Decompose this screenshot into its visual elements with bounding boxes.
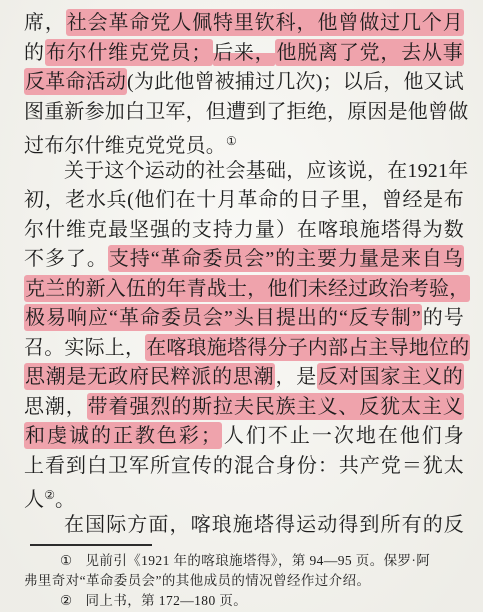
text-line: 和虔诚的正教色彩；人们不止一次地在他们身 <box>24 422 464 452</box>
highlighted-text: 支持“革命委员会”的主要力量是来自乌 <box>108 245 464 272</box>
text-segment: 上看到白卫军所宣传的混合身份：共产党＝犹太 <box>24 455 464 477</box>
text-line: 上看到白卫军所宣传的混合身份：共产党＝犹太 <box>24 452 464 482</box>
body-text: 席，社会革命党人佩特里钦科，他曾做过几个月的布尔什维克党员；后来，他脱离了党，去… <box>24 9 464 540</box>
text-line: 人②。 <box>24 481 464 511</box>
text-line: 图重新参加白卫军，但遭到了拒绝，原因是他曾做 <box>24 98 464 128</box>
text-line: 在国际方面，喀琅施塔得运动得到所有的反 <box>24 511 464 541</box>
text-line: 不多了。支持“革命委员会”的主要力量是来自乌 <box>24 245 464 275</box>
footnote-text: 同上书，第 172—180 页。 <box>86 593 248 608</box>
text-segment: 召。实际上， <box>24 337 145 359</box>
highlighted-text: 他脱离了党，去从事 <box>275 39 464 66</box>
page: 席，社会革命党人佩特里钦科，他曾做过几个月的布尔什维克党员；后来，他脱离了党，去… <box>0 0 483 612</box>
text-line: 反革命活动(为此他曾被捕过几次)；以后，他又试 <box>24 68 464 98</box>
text-segment: ，是 <box>275 366 317 388</box>
text-segment: 人 <box>24 489 44 511</box>
text-segment: 席， <box>24 12 66 34</box>
text-segment: 不多了。 <box>24 248 108 270</box>
text-segment: (为此他曾被捕过几次)；以后，他又试 <box>127 71 464 93</box>
text-line: 极易响应“革命委员会”头目提出的“反专制”的号 <box>24 304 464 334</box>
text-segment: 的号 <box>422 307 464 329</box>
highlighted-text: 布尔什维克党员； <box>45 39 213 66</box>
text-line: 思潮是无政府民粹派的思潮，是反对国家主义的 <box>24 363 464 393</box>
text-line: 过布尔什维克党党员。① <box>24 127 464 157</box>
highlighted-text: 和虔诚的正教色彩； <box>24 422 222 449</box>
text-line: 尔什维克最坚强的支持力量）在喀琅施塔得为数 <box>24 216 464 246</box>
footnote-line: ①见前引《1921 年的喀琅施塔得》，第 94—95 页。保罗·阿 <box>24 551 464 571</box>
text-line: 克兰的新入伍的年青战士，他们未经过政治考验， <box>24 275 464 305</box>
footnote-text: 弗里奇对“革命委员会”的其他成员的情况曾经作过介绍。 <box>24 573 370 588</box>
footnote-marker: ① <box>60 551 73 571</box>
highlighted-text: 带着强烈的斯拉夫民族主义、反犹太主义 <box>87 393 464 420</box>
text-segment: 关于这个运动的社会基础，应该说，在1921年 <box>64 160 468 182</box>
footnote-text: 见前引《1921 年的喀琅施塔得》，第 94—95 页。保罗·阿 <box>86 553 431 568</box>
text-line: 初，老水兵(他们在十月革命的日子里，曾经是布 <box>24 186 464 216</box>
text-segment: 过布尔什维克党党员。 <box>24 135 226 157</box>
footnote-marker: ② <box>60 591 73 611</box>
text-line: 思潮，带着强烈的斯拉夫民族主义、反犹太主义 <box>24 393 464 423</box>
footnote-line: 弗里奇对“革命委员会”的其他成员的情况曾经作过介绍。 <box>24 571 464 591</box>
footnote-divider <box>30 544 152 546</box>
highlighted-text: 克兰的新入伍的年青战士，他们未经过政治考验， <box>24 275 470 302</box>
footnote-line: ②同上书，第 172—180 页。 <box>24 591 464 611</box>
text-line: 的布尔什维克党员；后来，他脱离了党，去从事 <box>24 39 464 69</box>
text-line: 关于这个运动的社会基础，应该说，在1921年 <box>24 157 464 187</box>
highlighted-text: 极易响应“革命委员会”头目提出的“反专制” <box>24 304 422 331</box>
text-segment: 人们不止一次地在他们身 <box>222 425 464 447</box>
highlighted-text: 社会革命党人佩特里钦科，他曾做过几个月 <box>66 9 464 36</box>
footnote-ref: ② <box>44 488 55 502</box>
highlighted-text: 在喀琅施塔得分子内部占主导地位的 <box>145 334 470 361</box>
highlighted-text: 后来， <box>213 39 276 66</box>
footnotes: ①见前引《1921 年的喀琅施塔得》，第 94—95 页。保罗·阿弗里奇对“革命… <box>24 551 464 612</box>
highlighted-text: 反对国家主义的 <box>317 363 464 390</box>
text-segment: 尔什维克最坚强的支持力量）在喀琅施塔得为数 <box>24 219 464 241</box>
highlighted-text: 思潮是无政府民粹派的思潮 <box>24 363 275 390</box>
text-segment: 在国际方面，喀琅施塔得运动得到所有的反 <box>64 514 464 536</box>
text-segment: 初，老水兵(他们在十月革命的日子里，曾经是布 <box>24 189 464 211</box>
text-line: 席，社会革命党人佩特里钦科，他曾做过几个月 <box>24 9 464 39</box>
text-segment: 的 <box>24 42 45 64</box>
text-segment: 思潮， <box>24 396 87 418</box>
scanned-book-page: { "page": { "background_color": "#f3f2ec… <box>0 0 483 612</box>
footnote-ref: ① <box>226 134 237 148</box>
highlighted-text: 反革命活动 <box>24 68 127 95</box>
text-line: 召。实际上，在喀琅施塔得分子内部占主导地位的 <box>24 334 464 364</box>
text-segment: 。 <box>55 489 75 511</box>
text-segment: 图重新参加白卫军，但遭到了拒绝，原因是他曾做 <box>24 101 468 123</box>
